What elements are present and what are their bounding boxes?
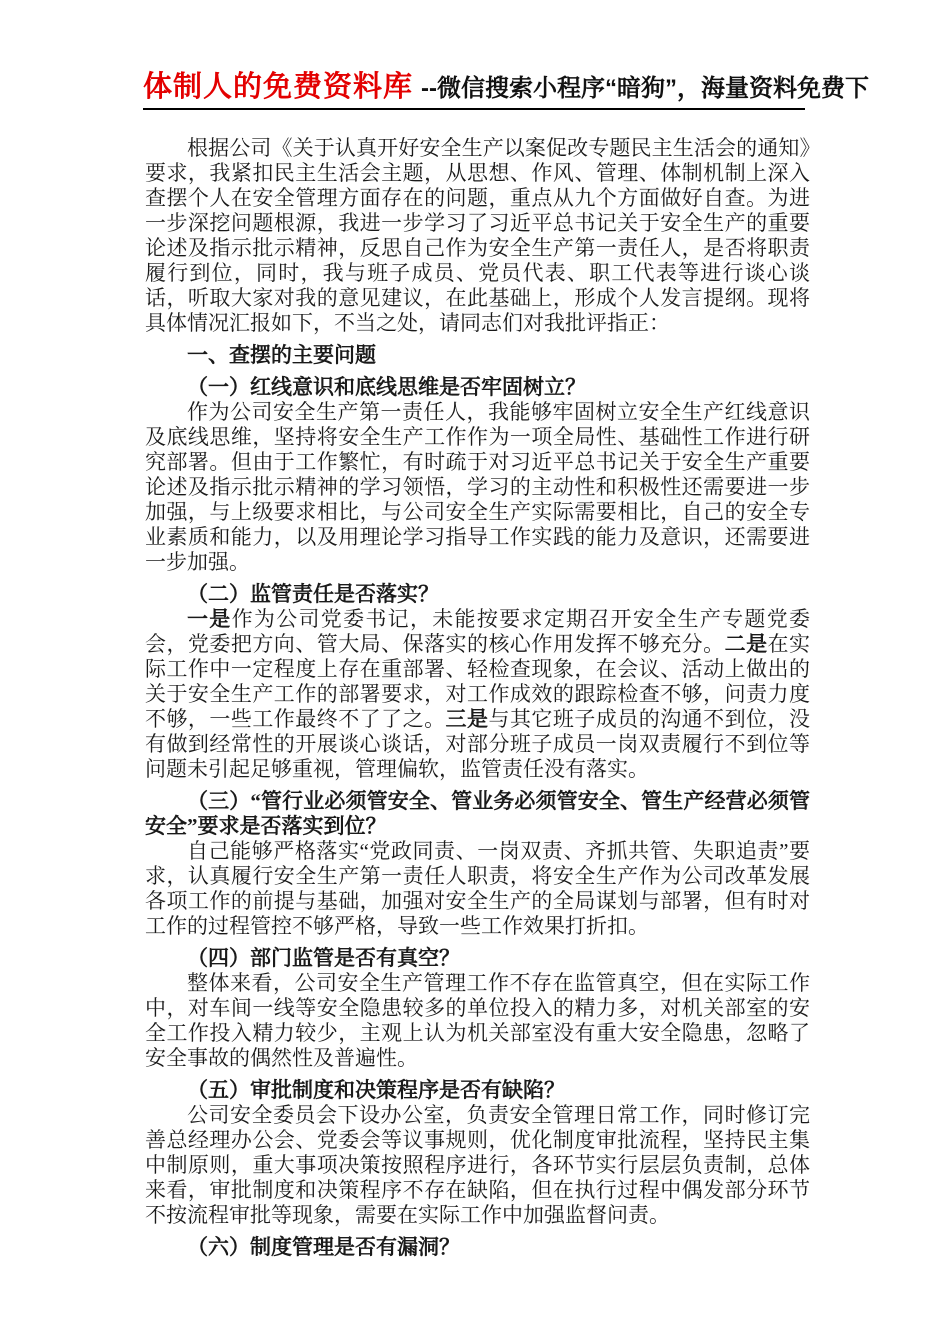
paragraph: 作为公司安全生产第一责任人，我能够牢固树立安全生产红线意识及底线思维，坚持将安全… <box>145 400 810 575</box>
brand-tagline: --微信搜索小程序“暗狗”，海量资料免费下 <box>421 75 869 102</box>
text-run: 根据公司《关于认真开好安全生产以案促改专题民主生活会的通知》要求，我紧扣民主生活… <box>145 136 810 335</box>
bold-text-run: （二）监管责任是否落实？ <box>187 582 439 606</box>
bold-text-run: （三）“管行业必须管安全、管业务必须管安全、管生产经营必须管安全”要求是否落实到… <box>145 789 810 838</box>
brand-title: 体制人的免费资料库 <box>143 71 413 103</box>
paragraph: 自己能够严格落实“党政同责、一岗双责、齐抓共管、失职追责”要求，认真履行安全生产… <box>145 839 810 939</box>
bold-text-run: （六）制度管理是否有漏洞？ <box>187 1235 460 1259</box>
section-heading: （五）审批制度和决策程序是否有缺陷？ <box>145 1078 810 1103</box>
bold-text-run: 三是 <box>446 707 489 731</box>
section-heading: （四）部门监管是否有真空？ <box>145 946 810 971</box>
document-page: 体制人的免费资料库--微信搜索小程序“暗狗”，海量资料免费下 根据公司《关于认真… <box>0 0 950 1344</box>
section-heading: （一）红线意识和底线思维是否牢固树立？ <box>145 375 810 400</box>
text-run: 自己能够严格落实“党政同责、一岗双责、齐抓共管、失职追责”要求，认真履行安全生产… <box>145 839 810 938</box>
section-heading: （六）制度管理是否有漏洞？ <box>145 1235 810 1260</box>
section-heading: （二）监管责任是否落实？ <box>145 582 810 607</box>
text-run: 整体来看，公司安全生产管理工作不存在监管真空，但在实际工作中，对车间一线等安全隐… <box>145 971 810 1070</box>
bold-text-run: （一）红线意识和底线思维是否牢固树立？ <box>187 375 586 399</box>
bold-text-run: （四）部门监管是否有真空？ <box>187 946 460 970</box>
paragraph: 公司安全委员会下设办公室，负责安全管理日常工作，同时修订完善总经理办公会、党委会… <box>145 1103 810 1228</box>
bold-text-run: 一是 <box>187 607 232 631</box>
promo-header: 体制人的免费资料库--微信搜索小程序“暗狗”，海量资料免费下 <box>143 0 805 110</box>
text-run: 作为公司党委书记，未能按要求定期召开安全生产专题党委会，党委把方向、管大局、保落… <box>145 607 810 656</box>
bold-text-run: 一、查摆的主要问题 <box>187 343 376 367</box>
text-run: 作为公司安全生产第一责任人，我能够牢固树立安全生产红线意识及底线思维，坚持将安全… <box>145 400 810 574</box>
paragraph: 根据公司《关于认真开好安全生产以案促改专题民主生活会的通知》要求，我紧扣民主生活… <box>145 136 810 336</box>
bold-text-run: （五）审批制度和决策程序是否有缺陷？ <box>187 1078 565 1102</box>
section-heading: 一、查摆的主要问题 <box>145 343 810 368</box>
paragraph: 整体来看，公司安全生产管理工作不存在监管真空，但在实际工作中，对车间一线等安全隐… <box>145 971 810 1071</box>
document-body: 根据公司《关于认真开好安全生产以案促改专题民主生活会的通知》要求，我紧扣民主生活… <box>0 110 950 1260</box>
text-run: 公司安全委员会下设办公室，负责安全管理日常工作，同时修订完善总经理办公会、党委会… <box>145 1103 810 1227</box>
bold-text-run: 二是 <box>725 632 768 656</box>
paragraph: 一是作为公司党委书记，未能按要求定期召开安全生产专题党委会，党委把方向、管大局、… <box>145 607 810 782</box>
section-heading: （三）“管行业必须管安全、管业务必须管安全、管生产经营必须管安全”要求是否落实到… <box>145 789 810 839</box>
